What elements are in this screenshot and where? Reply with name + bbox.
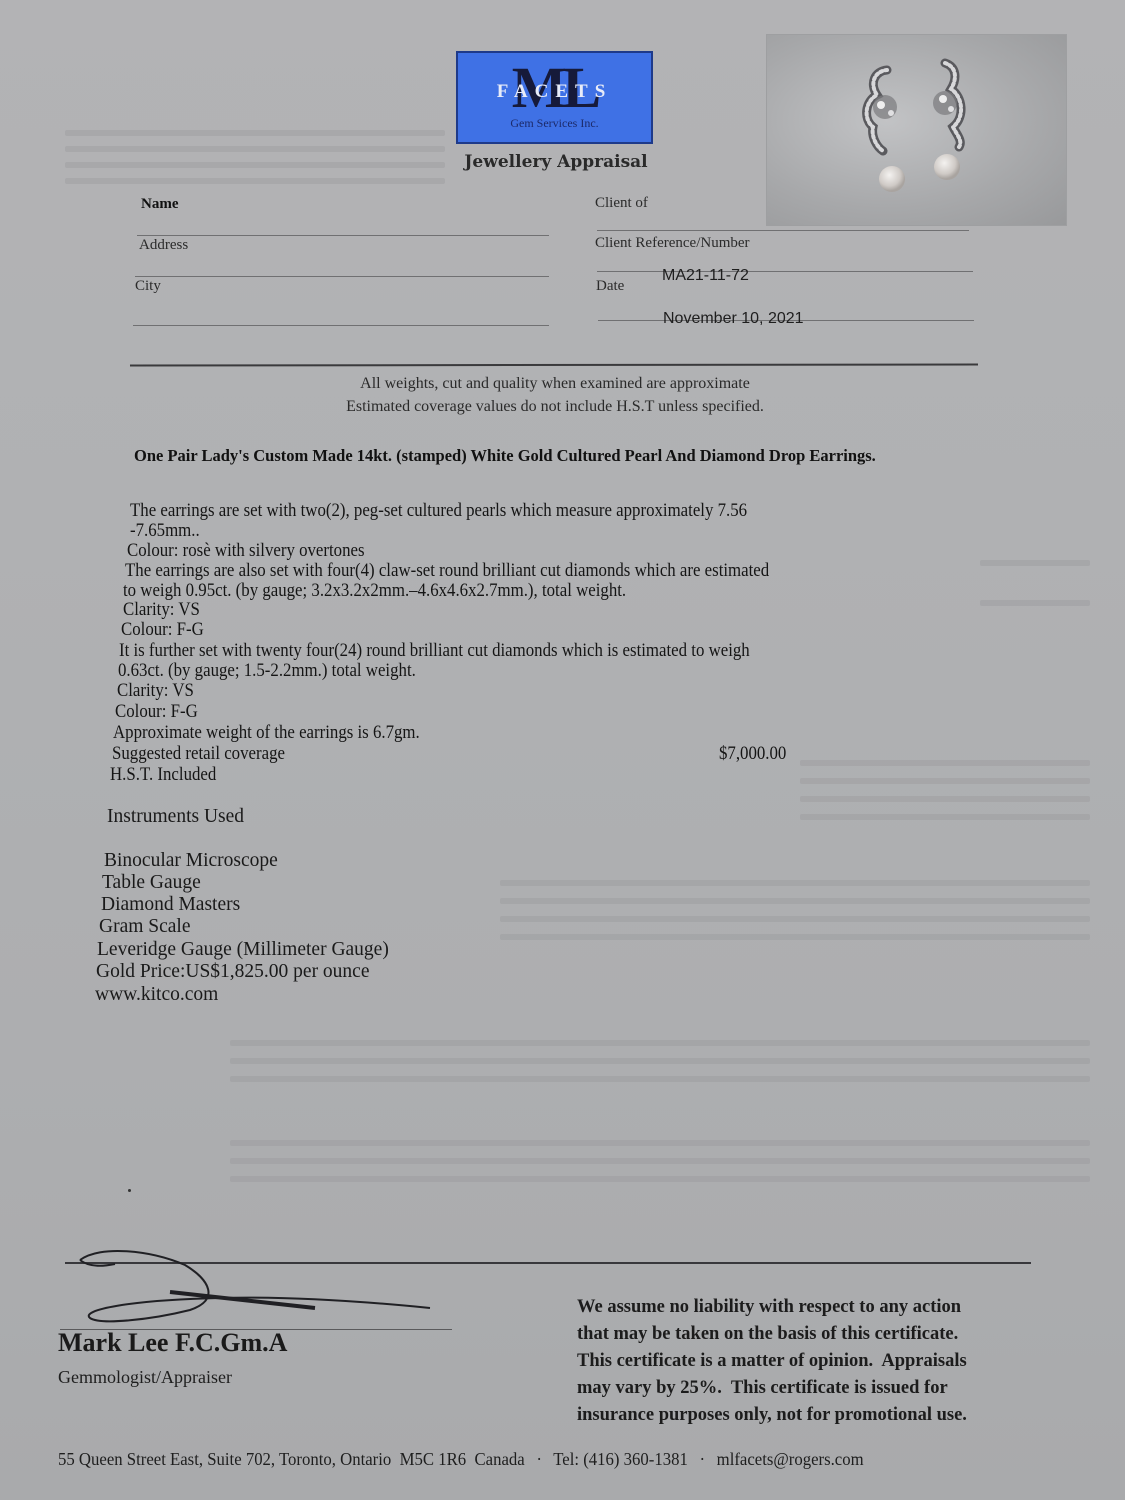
approximation-disclaimer: All weights, cut and quality when examin… <box>180 372 930 418</box>
city-label: City <box>135 278 161 295</box>
appraiser-name: Mark Lee F.C.Gm.A <box>58 1328 287 1358</box>
company-logo: ML FACETS Gem Services Inc. <box>456 51 653 144</box>
description-line: Approximate weight of the earrings is 6.… <box>113 723 420 743</box>
stray-mark <box>128 1189 131 1192</box>
company-footer: 55 Queen Street East, Suite 702, Toronto… <box>58 1449 864 1470</box>
liability-line: We assume no liability with respect to a… <box>577 1294 1057 1321</box>
client-of-label: Client of <box>595 195 648 212</box>
instrument-item: Diamond Masters <box>101 894 240 916</box>
coverage-value: $7,000.00 <box>719 744 786 764</box>
logo-overlay-word: FACETS <box>458 81 651 103</box>
logo-company-name: Gem Services Inc. <box>458 116 651 131</box>
liability-line: insurance purposes only, not for promoti… <box>577 1402 1057 1429</box>
instrument-item: Table Gauge <box>102 872 201 894</box>
instrument-item: Gold Price:US$1,825.00 per ounce <box>96 961 370 983</box>
signature-mark <box>70 1240 450 1330</box>
address-field[interactable] <box>135 276 549 277</box>
instrument-item: Gram Scale <box>99 916 191 938</box>
description-line: Clarity: VS <box>117 681 194 701</box>
liability-notice: We assume no liability with respect to a… <box>577 1294 1057 1429</box>
appraiser-role: Gemmologist/Appraiser <box>58 1367 232 1388</box>
description-line: Colour: F-G <box>115 702 198 722</box>
description-line: Colour: rosè with silvery overtones <box>127 541 365 561</box>
footer-phone[interactable]: Tel: (416) 360-1381 <box>553 1449 688 1469</box>
document-title: Jewellery Appraisal <box>456 152 656 172</box>
liability-line: This certificate is a matter of opinion.… <box>577 1348 1057 1375</box>
footer-email[interactable]: mlfacets@rogers.com <box>717 1449 864 1469</box>
name-label: Name <box>141 196 179 213</box>
description-line: -7.65mm.. <box>130 521 200 541</box>
footer-separator: · <box>699 1449 705 1469</box>
date-label: Date <box>596 278 624 295</box>
client-of-field[interactable] <box>597 230 969 231</box>
instrument-item: Binocular Microscope <box>104 850 278 872</box>
description-line: Suggested retail coverage <box>112 744 285 764</box>
liability-line: may vary by 25%. This certificate is iss… <box>577 1375 1057 1402</box>
item-title: One Pair Lady's Custom Made 14kt. (stamp… <box>134 446 939 466</box>
earrings-illustration <box>767 35 1066 225</box>
description-line: to weigh 0.95ct. (by gauge; 3.2x3.2x2mm.… <box>123 581 626 601</box>
address-label: Address <box>139 237 188 254</box>
client-reference-field[interactable] <box>597 271 973 272</box>
instrument-item: Leveridge Gauge (Millimeter Gauge) <box>97 939 389 961</box>
footer-address: 55 Queen Street East, Suite 702, Toronto… <box>58 1449 525 1469</box>
liability-line: that may be taken on the basis of this c… <box>577 1321 1057 1348</box>
disclaimer-line-1: All weights, cut and quality when examin… <box>180 372 930 395</box>
city-field[interactable] <box>133 325 549 326</box>
date-value: November 10, 2021 <box>663 310 804 328</box>
instruments-heading: Instruments Used <box>107 806 244 828</box>
section-divider <box>130 363 978 366</box>
client-reference-label: Client Reference/Number <box>595 235 750 252</box>
client-reference-value: MA21-11-72 <box>662 267 749 285</box>
description-line: H.S.T. Included <box>110 765 216 785</box>
earrings-photo <box>767 35 1066 225</box>
description-line: The earrings are also set with four(4) c… <box>125 561 769 581</box>
description-line: Colour: F-G <box>121 620 204 640</box>
footer-separator: · <box>536 1449 542 1469</box>
description-line: 0.63ct. (by gauge; 1.5-2.2mm.) total wei… <box>118 661 416 681</box>
instrument-link[interactable]: www.kitco.com <box>95 984 218 1006</box>
disclaimer-line-2: Estimated coverage values do not include… <box>180 395 930 418</box>
description-line: It is further set with twenty four(24) r… <box>119 641 750 661</box>
description-line: The earrings are set with two(2), peg-se… <box>130 501 747 521</box>
description-line: Clarity: VS <box>123 600 200 620</box>
name-field[interactable] <box>137 235 549 236</box>
